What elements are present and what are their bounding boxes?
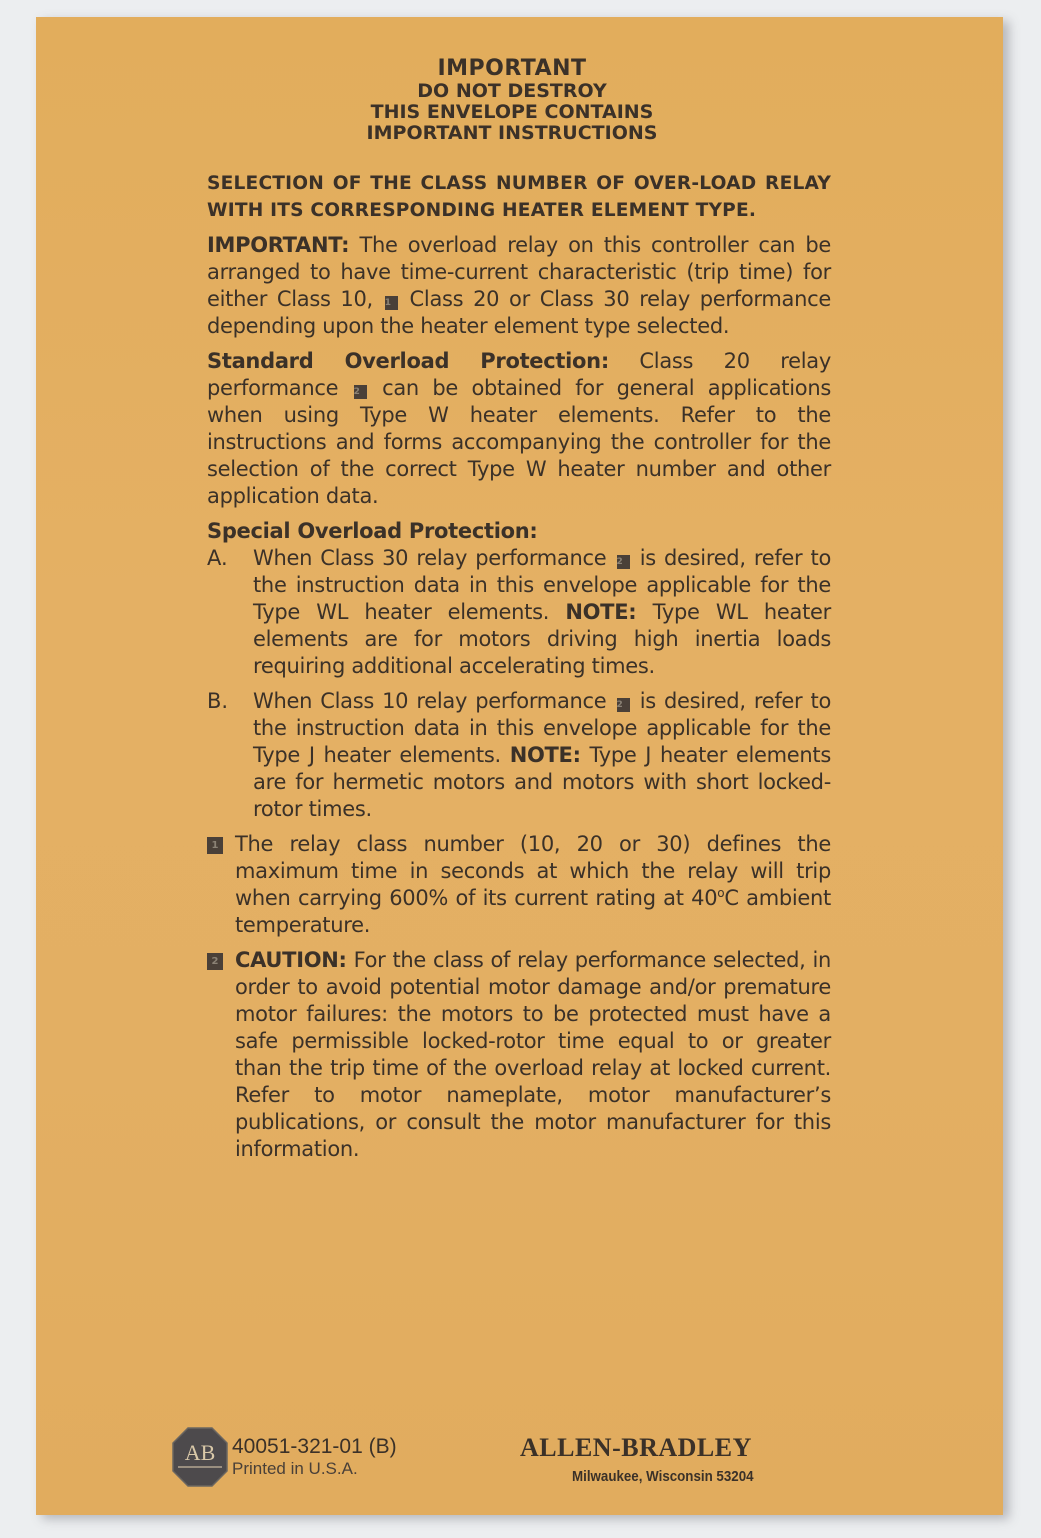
- important-paragraph: IMPORTANT: The overload relay on this co…: [207, 232, 831, 340]
- special-item-b: B. When Class 10 relay performance 2 is …: [207, 688, 831, 823]
- footnote-2: 2 CAUTION: For the class of relay perfor…: [207, 947, 831, 1163]
- item-text-part: When Class 10 relay performance: [253, 689, 606, 713]
- item-text-part: When Class 30 relay performance: [253, 546, 606, 570]
- special-protection-heading: Special Overload Protection:: [207, 518, 831, 545]
- footnote-marker-icon: 2: [207, 953, 223, 970]
- important-lead: IMPORTANT:: [207, 233, 349, 257]
- selection-heading: SELECTION OF THE CLASS NUMBER OF OVER-LO…: [207, 170, 831, 224]
- header-line: DO NOT DESTROY: [193, 81, 831, 102]
- instructions-content: IMPORTANT DO NOT DESTROY THIS ENVELOPE C…: [207, 57, 831, 1163]
- footnote-1: 1 The relay class number (10, 20 or 30) …: [207, 831, 831, 939]
- part-number: 40051-321-01 (B): [232, 1435, 397, 1459]
- header-line: THIS ENVELOPE CONTAINS: [193, 102, 831, 123]
- note-label: NOTE:: [565, 600, 636, 624]
- footnote-text-part: For the class of relay performance selec…: [235, 948, 831, 1161]
- item-text: When Class 30 relay performance 2 is des…: [253, 545, 831, 680]
- note-label: NOTE:: [510, 743, 581, 767]
- footnote-text: CAUTION: For the class of relay performa…: [235, 947, 831, 1163]
- printed-in: Printed in U.S.A.: [232, 1459, 358, 1479]
- standard-protection-paragraph: Standard Overload Protection: Class 20 r…: [207, 348, 831, 510]
- item-text: When Class 10 relay performance 2 is des…: [253, 688, 831, 823]
- header-line: IMPORTANT INSTRUCTIONS: [193, 123, 831, 144]
- footnote-text: The relay class number (10, 20 or 30) de…: [235, 831, 831, 939]
- caution-label: CAUTION:: [235, 948, 347, 972]
- footnote-marker-icon: 2: [617, 698, 630, 712]
- item-letter: A.: [207, 545, 228, 572]
- svg-text:AB: AB: [185, 1440, 216, 1465]
- footnote-marker-icon: 2: [354, 385, 367, 399]
- header: IMPORTANT DO NOT DESTROY THIS ENVELOPE C…: [207, 57, 831, 144]
- allen-bradley-logo-icon: AB: [172, 1427, 228, 1487]
- brand-location: Milwaukee, Wisconsin 53204: [572, 1469, 754, 1485]
- special-item-a: A. When Class 30 relay performance 2 is …: [207, 545, 831, 680]
- footnote-marker-icon: 2: [617, 555, 630, 569]
- footer: AB 40051-321-01 (B) Printed in U.S.A. AL…: [172, 1427, 872, 1497]
- header-title: IMPORTANT: [193, 57, 831, 81]
- footnote-marker-icon: 1: [207, 837, 223, 854]
- standard-lead: Standard Overload Protection:: [207, 349, 609, 373]
- envelope: IMPORTANT DO NOT DESTROY THIS ENVELOPE C…: [36, 17, 1003, 1515]
- brand-name: ALLEN-BRADLEY: [520, 1433, 752, 1463]
- item-letter: B.: [207, 688, 228, 715]
- footnote-marker-icon: 1: [385, 296, 398, 310]
